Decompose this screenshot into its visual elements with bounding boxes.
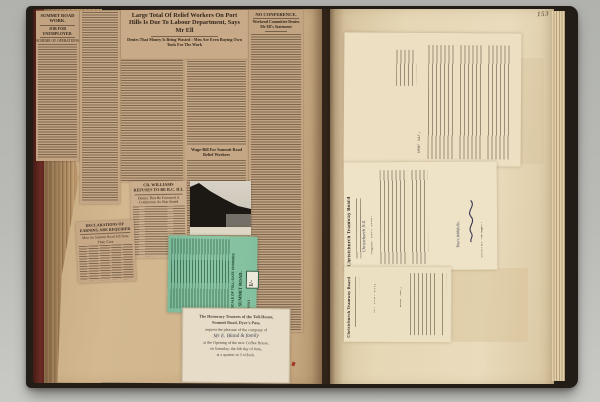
headline-rule bbox=[253, 18, 299, 19]
newsprint-text-column bbox=[79, 244, 134, 281]
ticket-price-box: 1/- bbox=[246, 271, 259, 289]
clipping-summit-road-work: SUMMIT ROAD WORK. JOB FOR UNEMPLOYED. SC… bbox=[36, 11, 79, 161]
page-number: 153 bbox=[537, 10, 549, 19]
letter-closing: Yours faithfully, bbox=[456, 206, 463, 248]
clipping-relief-workers-headline: Large Total Of Relief Workers On Port Hi… bbox=[121, 10, 248, 59]
clipping-declarations: DECLARATIONS OF EARNING ARE REQUIRED Men… bbox=[76, 220, 137, 283]
clipping-title: SUMMIT ROAD WORK. bbox=[36, 11, 79, 24]
typed-date: August 25th 1933. bbox=[371, 196, 377, 254]
headline-rule bbox=[40, 37, 75, 38]
invitation-line: at a quarter to 3 o'clock. bbox=[183, 352, 289, 359]
headline-rule bbox=[265, 31, 287, 32]
crosshead: Wage-Bill For Summit Road Relief Workers bbox=[185, 147, 248, 159]
main-subheadline: Denies That Money Is Being Wasted : Men … bbox=[121, 38, 248, 48]
ticket-subtitle: SCALE OF TOLL-GATE CHARGES bbox=[230, 240, 236, 308]
toll-ticket: SCALE OF TOLL-GATE CHARGES SUMMIT ROAD. … bbox=[167, 235, 257, 314]
clipping-relief-workers-col1 bbox=[121, 60, 183, 182]
ticket-fine-print bbox=[170, 238, 229, 309]
clipping-subtitle: Denies That He Favoured A Conference As … bbox=[131, 195, 187, 205]
newsprint-text-column bbox=[82, 12, 118, 202]
photo-mount-strip bbox=[190, 227, 251, 235]
typed-body-block bbox=[428, 45, 515, 160]
letterhead-tramway-board: Christchurch Tramway Board bbox=[347, 272, 353, 338]
typed-body-block bbox=[380, 170, 429, 264]
letter-bottom: Christchurch Tramway Board Mr. H.G. Ell,… bbox=[344, 267, 451, 343]
handwritten-place: Christchurch N.Z. bbox=[362, 190, 369, 252]
newsprint-text-column bbox=[38, 44, 77, 159]
clipping-kicker: SCHEME OF OPERATIONS bbox=[36, 39, 79, 43]
clipping-title: NO CONFERENCE. bbox=[249, 10, 303, 17]
letter-signatory: General Manager. bbox=[481, 210, 487, 258]
right-page-fore-edge bbox=[552, 11, 565, 381]
clipping-title: CR. WILLIAMS REFUSES TO BE R.C. ILL bbox=[130, 181, 186, 194]
letterhead-fine-print bbox=[355, 277, 359, 327]
letter-middle: Christchurch Tramway Board Christchurch … bbox=[344, 161, 498, 270]
signature-flourish bbox=[464, 198, 478, 244]
scrapbook-photo: SUMMIT ROAD WORK. JOB FOR UNEMPLOYED. SC… bbox=[0, 0, 600, 402]
typed-body-block bbox=[410, 273, 446, 335]
typed-address-block bbox=[396, 50, 416, 86]
letter-recipient: Mr. H.G. Ell, bbox=[374, 277, 379, 313]
letter-top: Dear Sir, bbox=[344, 32, 522, 166]
letterhead-tramway-board: Christchurch Tramway Board bbox=[347, 192, 355, 266]
invitation-card: The Honorary Trustees of the Toll-House,… bbox=[182, 308, 291, 384]
clipping-subtitle: JOB FOR UNEMPLOYED. bbox=[36, 27, 79, 36]
letter-salutation: Dear Sir, bbox=[400, 281, 405, 307]
paper-stain bbox=[452, 268, 528, 342]
hill-silhouette-shape bbox=[190, 181, 251, 227]
letter-salutation: Dear Sir, bbox=[418, 125, 424, 153]
clipping-subtitle: Weekend Committee Denies Mr Ell's Statem… bbox=[249, 20, 303, 29]
photo-hill-silhouette bbox=[190, 181, 251, 227]
ticket-name: SUMMIT ROAD. bbox=[237, 242, 244, 306]
invitation-guest-name: Mr E. Bland & family bbox=[183, 332, 289, 341]
main-headline: Large Total Of Relief Workers On Port Hi… bbox=[121, 10, 248, 34]
clipping-summit-road-work-col2 bbox=[80, 11, 120, 204]
newsprint-text-column bbox=[187, 61, 246, 146]
letterhead-fine-print bbox=[356, 198, 361, 258]
ticket-price: 1/- bbox=[249, 273, 256, 287]
